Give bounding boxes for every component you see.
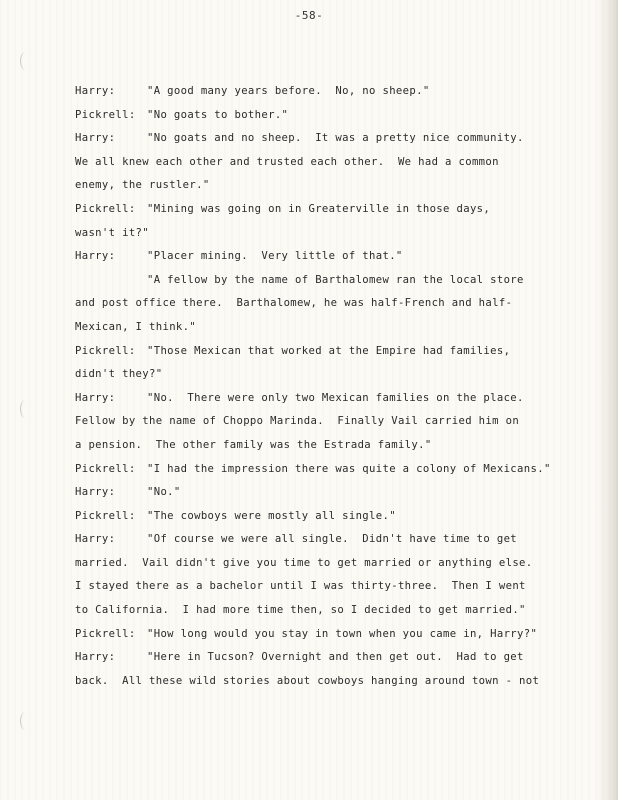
line-text: Mexican, I think." — [75, 321, 196, 333]
speaker-label: Harry: — [75, 245, 147, 269]
continuation-line: We all knew each other and trusted each … — [75, 151, 615, 175]
dialogue-line: Harry:"Of course we were all single. Did… — [75, 528, 615, 552]
continuation-line: and post office there. Barthalomew, he w… — [75, 292, 615, 316]
speaker-label: Harry: — [75, 528, 147, 552]
continuation-line: Mexican, I think." — [75, 316, 615, 340]
dialogue-line: Pickrell:"I had the impression there was… — [75, 458, 615, 482]
dialogue-line: Pickrell:"Mining was going on in Greater… — [75, 198, 615, 222]
line-text: "I had the impression there was quite a … — [147, 463, 551, 475]
continuation-line: back. All these wild stories about cowbo… — [75, 670, 615, 694]
punch-hole-mark — [20, 400, 31, 418]
dialogue-line: Harry:"A good many years before. No, no … — [75, 80, 615, 104]
transcript-body: Harry:"A good many years before. No, no … — [75, 80, 615, 693]
line-text: didn't they?" — [75, 368, 162, 380]
dialogue-line: Harry:"Here in Tucson? Overnight and the… — [75, 646, 615, 670]
continuation-line: married. Vail didn't give you time to ge… — [75, 552, 615, 576]
punch-hole-mark — [20, 712, 31, 730]
speaker-label: Pickrell: — [75, 104, 147, 128]
line-text: "Of course we were all single. Didn't ha… — [147, 533, 517, 545]
line-text: wasn't it?" — [75, 227, 149, 239]
line-text: "Those Mexican that worked at the Empire… — [147, 345, 510, 357]
line-text: "Placer mining. Very little of that." — [147, 250, 403, 262]
speaker-label: Pickrell: — [75, 340, 147, 364]
speaker-label: Harry: — [75, 127, 147, 151]
punch-hole-mark — [20, 52, 31, 70]
line-text: married. Vail didn't give you time to ge… — [75, 557, 533, 569]
speaker-label: Pickrell: — [75, 505, 147, 529]
line-text: "A good many years before. No, no sheep.… — [147, 85, 430, 97]
continuation-line: I stayed there as a bachelor until I was… — [75, 575, 615, 599]
dialogue-line: Pickrell:"No goats to bother." — [75, 104, 615, 128]
line-text: "Here in Tucson? Overnight and then get … — [147, 651, 524, 663]
line-text: back. All these wild stories about cowbo… — [75, 675, 539, 687]
line-text: We all knew each other and trusted each … — [75, 156, 499, 168]
speaker-label: Pickrell: — [75, 623, 147, 647]
line-text: "No. There were only two Mexican familie… — [147, 392, 524, 404]
line-text: Fellow by the name of Choppo Marinda. Fi… — [75, 415, 519, 427]
line-text: "No." — [147, 486, 181, 498]
line-text: "The cowboys were mostly all single." — [147, 510, 396, 522]
line-text: and post office there. Barthalomew, he w… — [75, 297, 512, 309]
dialogue-line: Pickrell:"Those Mexican that worked at t… — [75, 340, 615, 364]
line-text: "Mining was going on in Greaterville in … — [147, 203, 490, 215]
continuation-line: wasn't it?" — [75, 222, 615, 246]
continuation-line: "A fellow by the name of Barthalomew ran… — [75, 269, 615, 293]
continuation-line: enemy, the rustler." — [75, 174, 615, 198]
continuation-line: a pension. The other family was the Estr… — [75, 434, 615, 458]
dialogue-line: Harry:"No." — [75, 481, 615, 505]
continuation-line: Fellow by the name of Choppo Marinda. Fi… — [75, 410, 615, 434]
line-text: a pension. The other family was the Estr… — [75, 439, 432, 451]
line-text: "How long would you stay in town when yo… — [147, 628, 537, 640]
dialogue-line: Harry:"No goats and no sheep. It was a p… — [75, 127, 615, 151]
continuation-line: to California. I had more time then, so … — [75, 599, 615, 623]
speaker-label: Harry: — [75, 80, 147, 104]
page-number: -58- — [0, 9, 618, 22]
dialogue-line: Pickrell:"The cowboys were mostly all si… — [75, 505, 615, 529]
typewritten-page: -58- Harry:"A good many years before. No… — [0, 0, 618, 800]
line-text: "No goats and no sheep. It was a pretty … — [147, 132, 524, 144]
continuation-line: didn't they?" — [75, 363, 615, 387]
dialogue-line: Pickrell:"How long would you stay in tow… — [75, 623, 615, 647]
line-text: enemy, the rustler." — [75, 179, 210, 191]
line-text: "No goats to bother." — [147, 109, 288, 121]
speaker-label: Pickrell: — [75, 198, 147, 222]
speaker-label: Harry: — [75, 646, 147, 670]
dialogue-line: Harry:"No. There were only two Mexican f… — [75, 387, 615, 411]
line-text: I stayed there as a bachelor until I was… — [75, 580, 526, 592]
speaker-label: Harry: — [75, 481, 147, 505]
speaker-label: Harry: — [75, 387, 147, 411]
dialogue-line: Harry:"Placer mining. Very little of tha… — [75, 245, 615, 269]
line-text: "A fellow by the name of Barthalomew ran… — [147, 274, 524, 286]
speaker-label: Pickrell: — [75, 458, 147, 482]
line-text: to California. I had more time then, so … — [75, 604, 526, 616]
